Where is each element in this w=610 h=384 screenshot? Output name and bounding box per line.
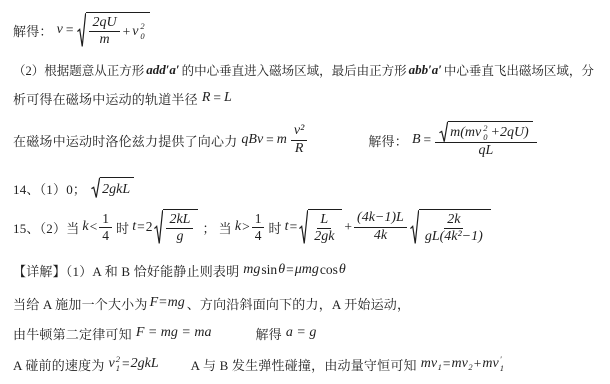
equals-sign: = bbox=[137, 219, 145, 235]
semicolon: ； bbox=[202, 218, 215, 237]
line-apply-force: 当给 A 施加一个大小为 F=mg 、方向沿斜面向下的力，A 开始运动， bbox=[13, 292, 410, 314]
var-v: v bbox=[57, 22, 63, 38]
solution-document-page: 解得： v = 2qU m + v 2 0 bbox=[0, 0, 610, 384]
equals-sign: = bbox=[424, 132, 432, 148]
radical-icon bbox=[91, 177, 100, 199]
sqrt-expression: 2kL g bbox=[154, 209, 198, 245]
radicand: 2gkL bbox=[100, 177, 134, 199]
subscript: 0 bbox=[483, 133, 487, 142]
fraction: 2kL g bbox=[166, 212, 193, 245]
line-detail-explanation: 【详解】（1）A 和 B 恰好能静止则表明 mg sin θ = μmg cos… bbox=[13, 259, 346, 281]
fraction-numerator: 2k bbox=[444, 212, 463, 229]
fraction-denominator: 4k bbox=[371, 228, 390, 244]
line-solve-v: 解得： v = 2qU m + v 2 0 bbox=[13, 6, 151, 54]
formula-F-ma: F = mg = ma bbox=[136, 325, 212, 341]
subsup-script: 2 0 bbox=[483, 124, 487, 143]
var-qBv: qBv bbox=[241, 132, 263, 148]
fraction-numerator: L bbox=[317, 212, 331, 229]
solve-label: 解得 bbox=[255, 324, 281, 343]
sqrt-expression: 2gkL bbox=[91, 177, 134, 199]
sqrt-expression: 2qU m + v 2 0 bbox=[77, 12, 149, 48]
radicand: m(mv 2 0 +2qU) bbox=[448, 121, 533, 143]
subsup-script: ′ 1 bbox=[500, 355, 504, 374]
sqrt-expression: L 2gk bbox=[299, 209, 342, 245]
formula-F-mg: F=mg bbox=[150, 295, 185, 311]
equals-sign: = bbox=[213, 90, 221, 106]
formula-radius: R = L bbox=[202, 90, 232, 106]
text-segment: 在磁场中运动时洛伦兹力提供了向心力 bbox=[13, 131, 237, 150]
fraction: 1 4 bbox=[252, 211, 265, 243]
expr-segment: 2gkL bbox=[102, 182, 130, 198]
line-lorentz-force: 在磁场中运动时洛伦兹力提供了向心力 qBv = m v² R 解得： B = m… bbox=[13, 112, 538, 168]
formula-t1: t = 2 2kL g bbox=[132, 209, 199, 245]
fraction: 2qU m bbox=[89, 15, 119, 48]
text-segment: 时 bbox=[116, 218, 129, 237]
var-mg: mg bbox=[243, 262, 260, 278]
fraction: L 2gk bbox=[311, 212, 337, 245]
formula-momentum: mv₁ = mv₂ + mv ′ 1 bbox=[421, 355, 505, 374]
var-adda: add′a′ bbox=[146, 62, 179, 78]
expr-segment: +2qU) bbox=[491, 125, 529, 141]
greater-than-sign: > bbox=[242, 219, 250, 235]
text-segment: 由牛顿第二定律可知 bbox=[13, 324, 132, 343]
fraction-denominator: 2gk bbox=[311, 229, 337, 245]
fraction-denominator: gL(4k²−1) bbox=[422, 229, 486, 245]
formula-v: v = 2qU m + v 2 0 bbox=[57, 12, 151, 48]
formula-centripetal: qBv = m v² R bbox=[241, 123, 308, 156]
var-t: t bbox=[132, 219, 136, 235]
condition-k-greater: k > 1 4 bbox=[235, 211, 266, 243]
var-v0: v bbox=[132, 24, 138, 40]
radical-icon bbox=[77, 12, 86, 48]
subsup-script: 2 0 bbox=[140, 22, 144, 41]
line-problem2-description: （2）根据题意从正方形 add′a′ 的中心垂直进入磁场区域，最后由正方形 ab… bbox=[13, 60, 594, 80]
coefficient: 2 bbox=[146, 219, 153, 235]
sqrt-expression: m(mv 2 0 +2qU) bbox=[439, 121, 533, 143]
line-collision: A 碰前的速度为 v 2 1 = 2gkL A 与 B 发生弹性碰撞，由动量守恒… bbox=[13, 350, 505, 378]
expr-segment: m(mv bbox=[450, 125, 481, 141]
fraction-numerator: 2kL bbox=[166, 212, 193, 229]
equals-sign: = bbox=[443, 356, 451, 372]
text-segment: （2）根据题意从正方形 bbox=[13, 61, 144, 79]
equals-sign: = bbox=[266, 132, 274, 148]
fraction-numerator: 1 bbox=[99, 211, 112, 228]
line-answer-14: 14、（1）0； 2gkL bbox=[13, 172, 135, 204]
formula-v1-squared: v 2 1 = 2gkL bbox=[109, 355, 159, 374]
cos-function: cos bbox=[320, 262, 338, 278]
fraction-numerator: v² bbox=[291, 123, 307, 140]
fraction-denominator: 4 bbox=[252, 228, 265, 244]
var-m: m bbox=[277, 132, 287, 148]
fraction-denominator: g bbox=[173, 229, 186, 245]
text-segment: 中心垂直飞出磁场区域，分 bbox=[444, 61, 594, 79]
var-abba: abb′a′ bbox=[409, 62, 442, 78]
fraction-denominator: qL bbox=[476, 143, 497, 159]
radicand: 2qU m + v 2 0 bbox=[86, 12, 149, 48]
equals-sign: = bbox=[290, 219, 298, 235]
text-segment: 析可得在磁场中运动的轨道半径 bbox=[13, 89, 198, 108]
formula-equilibrium: mg sin θ = μmg cos θ bbox=[243, 262, 345, 278]
equals-sign: = bbox=[286, 262, 294, 278]
subsup-script: 2 1 bbox=[116, 355, 120, 374]
var-v1: v bbox=[109, 356, 115, 372]
radicand: 2kL g bbox=[163, 209, 198, 245]
plus-sign: + bbox=[344, 219, 352, 235]
fraction-numerator: 2qU bbox=[89, 15, 119, 32]
var-mv2: mv₂ bbox=[452, 356, 473, 372]
radical-icon bbox=[154, 209, 163, 245]
plus-sign: + bbox=[474, 356, 482, 372]
fraction-numerator: m(mv 2 0 +2qU) bbox=[435, 121, 537, 144]
line-newton-second-law: 由牛顿第二定律可知 F = mg = ma 解得 a = g bbox=[13, 321, 316, 345]
fraction: v² R bbox=[291, 123, 307, 156]
text-segment: A 与 B 发生弹性碰撞，由动量守恒可知 bbox=[191, 355, 417, 374]
var-theta: θ bbox=[278, 262, 285, 278]
radicand: 2k gL(4k²−1) bbox=[419, 209, 491, 245]
fraction-numerator: (4k−1)L bbox=[354, 210, 407, 227]
var-R: R bbox=[202, 90, 211, 106]
var-mv1-prime: mv bbox=[482, 356, 498, 372]
subscript: 1 bbox=[500, 364, 504, 373]
sqrt-expression: 2k gL(4k²−1) bbox=[410, 209, 491, 245]
line-answer-15: 15、（2）当 k < 1 4 时 t = 2 2kL g bbox=[13, 202, 492, 252]
line-radius-conclusion: 析可得在磁场中运动的轨道半径 R = L bbox=[13, 88, 232, 108]
var-k: k bbox=[82, 219, 88, 235]
text-segment: 【详解】（1）A 和 B 恰好能静止则表明 bbox=[13, 261, 239, 280]
var-k: k bbox=[235, 219, 241, 235]
subscript: 1 bbox=[116, 364, 120, 373]
radicand: L 2gk bbox=[308, 209, 342, 245]
fraction: m(mv 2 0 +2qU) qL bbox=[435, 121, 537, 160]
formula-B: B = m(mv 2 0 +2qU) bbox=[412, 121, 538, 160]
text-segment: 、方向沿斜面向下的力，A 开始运动， bbox=[187, 294, 411, 313]
var-B: B bbox=[412, 132, 421, 148]
text-segment: 当 bbox=[219, 218, 232, 237]
plus-sign: + bbox=[123, 24, 131, 40]
condition-k-less: k < 1 4 bbox=[82, 211, 113, 243]
fraction: 2k gL(4k²−1) bbox=[422, 212, 486, 245]
text-segment: 的中心垂直进入磁场区域，最后由正方形 bbox=[182, 61, 407, 79]
equals-sign: = bbox=[66, 22, 74, 38]
var-mu-mg: μmg bbox=[295, 262, 319, 278]
expr-segment: 2gkL bbox=[131, 356, 159, 372]
answer-label: 14、（1）0； bbox=[13, 179, 86, 198]
radical-icon bbox=[410, 209, 419, 245]
fraction: 1 4 bbox=[99, 211, 112, 243]
var-theta: θ bbox=[339, 262, 346, 278]
solve-label: 解得： bbox=[368, 131, 408, 150]
equals-sign: = bbox=[122, 356, 130, 372]
var-L: L bbox=[224, 90, 232, 106]
fraction-denominator: 4 bbox=[99, 228, 112, 244]
text-segment: 当给 A 施加一个大小为 bbox=[13, 294, 148, 313]
answer-label: 15、（2）当 bbox=[13, 218, 79, 237]
text-segment: 时 bbox=[268, 218, 281, 237]
var-t: t bbox=[285, 219, 289, 235]
solve-label: 解得： bbox=[13, 21, 53, 40]
sin-function: sin bbox=[261, 262, 277, 278]
formula-a-g: a = g bbox=[286, 325, 316, 341]
text-segment: A 碰前的速度为 bbox=[13, 355, 105, 374]
less-than-sign: < bbox=[90, 219, 98, 235]
formula-t2: t = L 2gk + (4k−1)L 4k bbox=[285, 209, 492, 245]
fraction-denominator: m bbox=[96, 32, 112, 48]
fraction: (4k−1)L 4k bbox=[354, 210, 407, 243]
radical-icon bbox=[299, 209, 308, 245]
var-mv1: mv₁ bbox=[421, 356, 442, 372]
fraction-denominator: R bbox=[292, 141, 307, 157]
radical-icon bbox=[439, 121, 448, 143]
fraction-numerator: 1 bbox=[252, 211, 265, 228]
subscript: 0 bbox=[140, 32, 144, 41]
